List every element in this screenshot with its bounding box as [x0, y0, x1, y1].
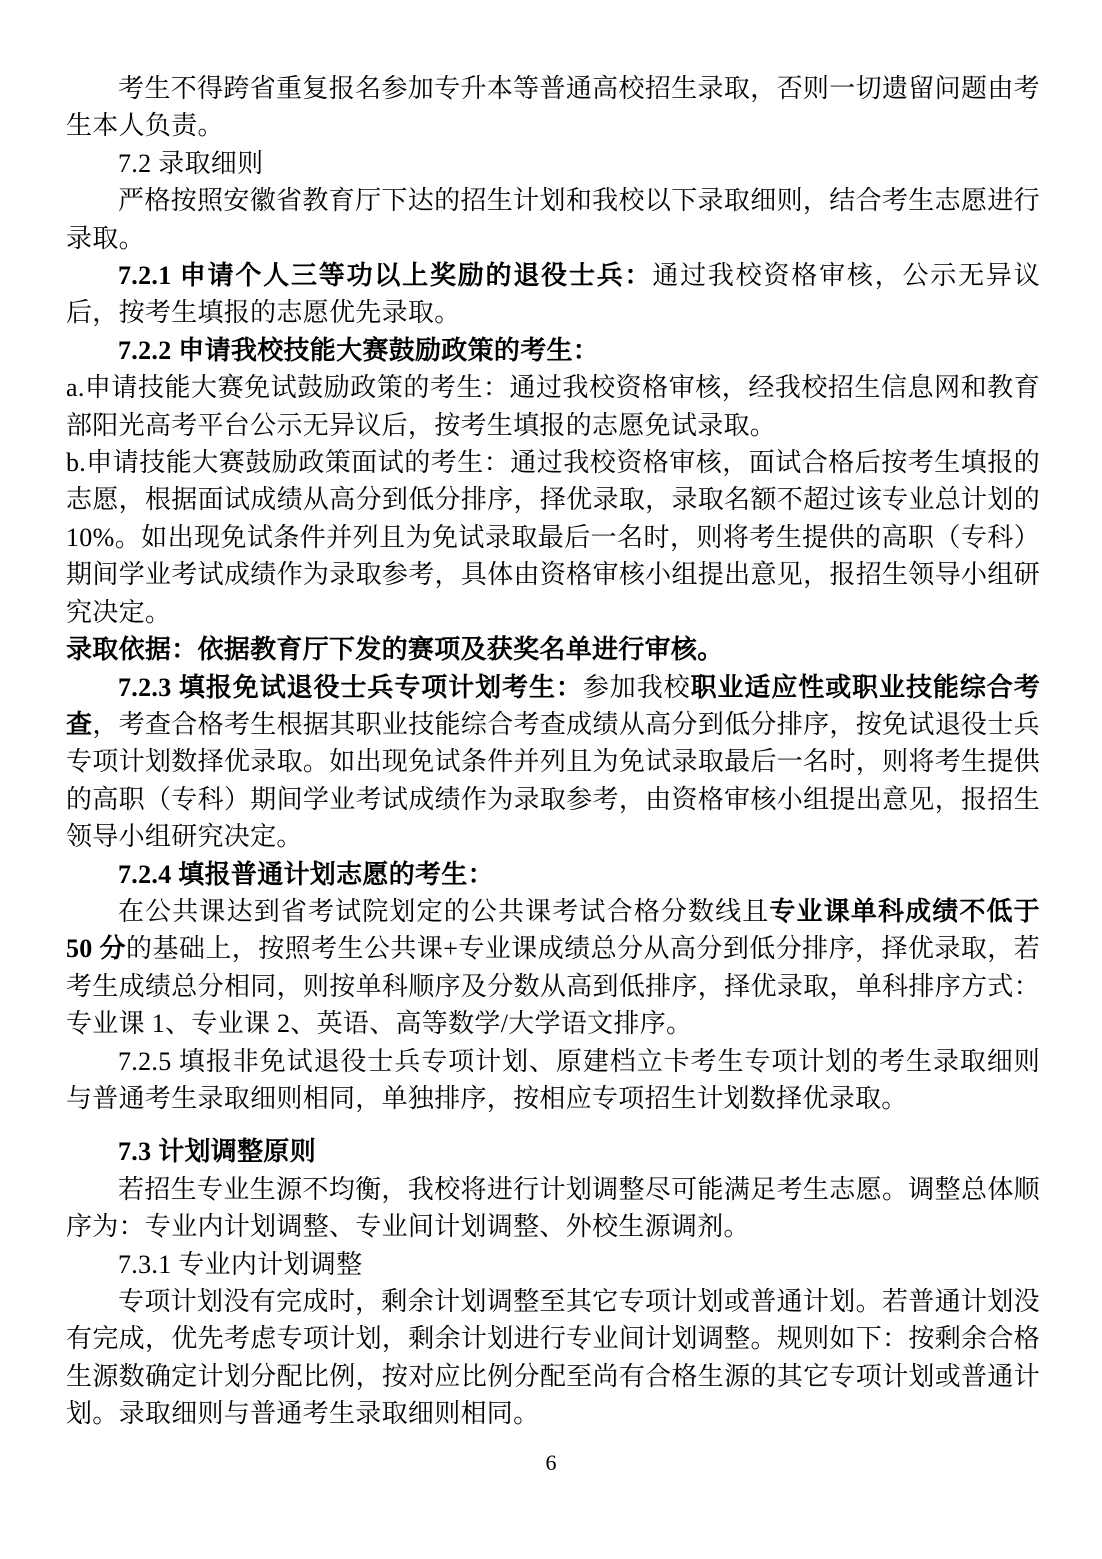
text-run: 7.3.1 专业内计划调整	[118, 1250, 362, 1279]
text-run: ，考查合格考生根据其职业技能综合考查成绩从高分到低分排序，按免试退役士兵专项计划…	[66, 710, 1040, 851]
heading-7-3: 7.3 计划调整原则	[66, 1133, 1040, 1170]
para-7-3-1-body: 专项计划没有完成时，剩余计划调整至其它专项计划或普通计划。若普通计划没有完成，优…	[66, 1283, 1040, 1433]
heading-7-2-4: 7.2.4 填报普通计划志愿的考生：	[66, 856, 1040, 893]
text-run: a.申请技能大赛免试鼓励政策的考生：通过我校资格审核，经我校招生信息网和教育部阳…	[66, 373, 1040, 439]
bold-text-run: 7.2.4 填报普通计划志愿的考生：	[118, 860, 494, 889]
text-run: 若招生专业生源不均衡，我校将进行计划调整尽可能满足考生志愿。调整总体顺序为：专业…	[66, 1175, 1040, 1241]
text-run: 考生不得跨省重复报名参加专升本等普通高校招生录取，否则一切遗留问题由考生本人负责…	[66, 74, 1040, 140]
heading-7-2-2: 7.2.2 申请我校技能大赛鼓励政策的考生：	[66, 332, 1040, 369]
para-7-3-intro: 若招生专业生源不均衡，我校将进行计划调整尽可能满足考生志愿。调整总体顺序为：专业…	[66, 1171, 1040, 1246]
para-7-2-5: 7.2.5 填报非免试退役士兵专项计划、原建档立卡考生专项计划的考生录取细则与普…	[66, 1043, 1040, 1118]
bold-text-run: 7.2.3 填报免试退役士兵专项计划考生：	[118, 673, 583, 702]
para-7-2-1: 7.2.1 申请个人三等功以上奖励的退役士兵：通过我校资格审核，公示无异议后，按…	[66, 257, 1040, 332]
para-7-2-4-body: 在公共课达到省考试院划定的公共课考试合格分数线且专业课单科成绩不低于 50 分的…	[66, 893, 1040, 1043]
para-cross-province-note: 考生不得跨省重复报名参加专升本等普通高校招生录取，否则一切遗留问题由考生本人负责…	[66, 70, 1040, 145]
para-7-2-2-b: b.申请技能大赛鼓励政策面试的考生：通过我校资格审核，面试合格后按考生填报的志愿…	[66, 444, 1040, 631]
bold-text-run: 录取依据：依据教育厅下发的赛项及获奖名单进行审核。	[66, 635, 724, 664]
bold-text-run: 7.2.1 申请个人三等功以上奖励的退役士兵：	[118, 261, 652, 290]
heading-7-3-1: 7.3.1 专业内计划调整	[66, 1246, 1040, 1283]
text-run: 参加我校	[583, 673, 691, 702]
bold-text-run: 7.2.2 申请我校技能大赛鼓励政策的考生：	[118, 336, 599, 365]
text-run: b.申请技能大赛鼓励政策面试的考生：通过我校资格审核，面试合格后按考生填报的志愿…	[66, 448, 1040, 627]
text-run: 严格按照安徽省教育厅下达的招生计划和我校以下录取细则，结合考生志愿进行录取。	[66, 186, 1040, 252]
document-page: 考生不得跨省重复报名参加专升本等普通高校招生录取，否则一切遗留问题由考生本人负责…	[0, 0, 1102, 1559]
heading-7-2: 7.2 录取细则	[66, 145, 1040, 182]
page-footer: 6	[0, 1448, 1102, 1478]
text-run: 7.2.5 填报非免试退役士兵专项计划、原建档立卡考生专项计划的考生录取细则与普…	[66, 1047, 1040, 1113]
text-run: 专项计划没有完成时，剩余计划调整至其它专项计划或普通计划。若普通计划没有完成，优…	[66, 1287, 1040, 1428]
bold-text-run: 7.3 计划调整原则	[118, 1137, 316, 1166]
page-number: 6	[546, 1450, 557, 1475]
text-run: 的基础上，按照考生公共课+专业课成绩总分从高分到低分排序，择优录取，若考生成绩总…	[66, 934, 1040, 1038]
para-7-2-2-a: a.申请技能大赛免试鼓励政策的考生：通过我校资格审核，经我校招生信息网和教育部阳…	[66, 369, 1040, 444]
document-body: 考生不得跨省重复报名参加专升本等普通高校招生录取，否则一切遗留问题由考生本人负责…	[66, 70, 1040, 1433]
para-7-2-intro: 严格按照安徽省教育厅下达的招生计划和我校以下录取细则，结合考生志愿进行录取。	[66, 182, 1040, 257]
text-run: 在公共课达到省考试院划定的公共课考试合格分数线且	[118, 897, 769, 926]
text-run: 7.2 录取细则	[118, 149, 263, 178]
para-7-2-3: 7.2.3 填报免试退役士兵专项计划考生：参加我校职业适应性或职业技能综合考查，…	[66, 669, 1040, 856]
para-admission-basis: 录取依据：依据教育厅下发的赛项及获奖名单进行审核。	[66, 631, 1040, 668]
